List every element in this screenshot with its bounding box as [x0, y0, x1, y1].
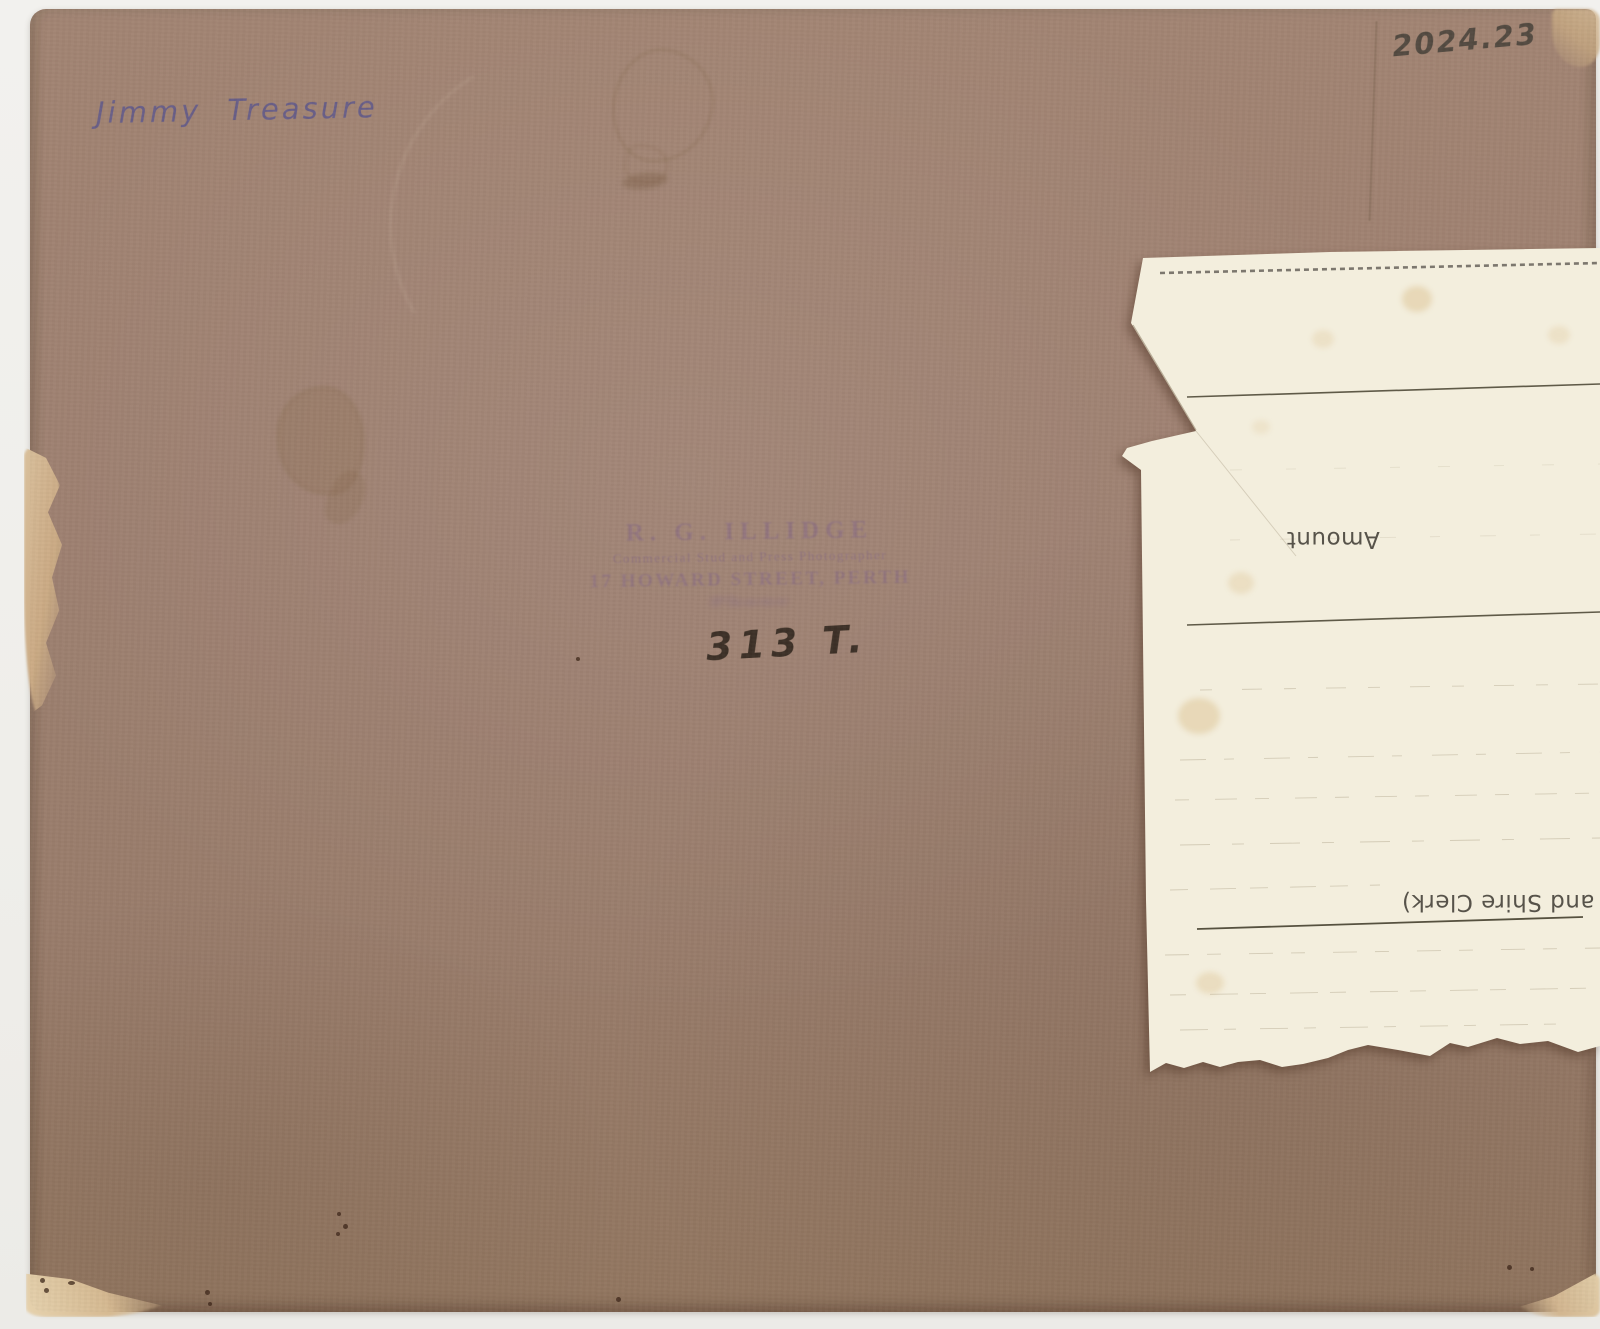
stamp-trade-line: Commercial Stud and Press Photographer: [585, 547, 915, 568]
dirt-speck: [343, 1224, 348, 1229]
dirt-speck: [576, 657, 580, 661]
dirt-speck: [337, 1212, 341, 1216]
photographer-stamp: R. G. ILLIDGE Commercial Stud and Press …: [584, 516, 915, 614]
dirt-speck: [44, 1288, 49, 1293]
dirt-speck: [40, 1278, 45, 1283]
dirt-speck: [68, 1281, 75, 1285]
photo-mount-back: Jimmy Treasure 2024.23 R. G. ILLIDGE Com…: [30, 9, 1596, 1312]
reference-number-inscription: 313 T.: [705, 617, 870, 669]
dirt-speck: [208, 1302, 212, 1306]
vertical-scratch: [1369, 21, 1378, 221]
foxing-stain: [1196, 972, 1224, 994]
stamp-name-line: R. G. ILLIDGE: [584, 516, 914, 549]
accession-number: 2024.23: [1391, 17, 1540, 64]
scan-background: Jimmy Treasure 2024.23 R. G. ILLIDGE Com…: [0, 0, 1600, 1329]
stamp-address-line: 17 HOWARD STREET, PERTH: [585, 567, 915, 594]
dirt-speck: [1507, 1265, 1512, 1270]
foxing-stain: [1178, 698, 1220, 734]
dirt-speck: [205, 1290, 210, 1295]
left-edge-damage: [24, 447, 64, 719]
dirt-speck: [336, 1232, 340, 1236]
foxing-stain: [1548, 326, 1570, 344]
foxing-stain: [1402, 286, 1432, 312]
bottom-right-corner-wear: [1516, 1271, 1600, 1317]
dirt-speck: [616, 1297, 621, 1302]
stamp-phone-line: Phone: [486, 590, 1014, 614]
foxing-stain: [1252, 420, 1270, 434]
top-right-corner-wear: [1552, 9, 1600, 67]
foxing-stain: [1228, 572, 1254, 594]
dirt-speck: [1530, 1267, 1534, 1271]
handwritten-name-inscription: Jimmy Treasure: [96, 90, 378, 130]
foxing-stain: [1312, 330, 1334, 348]
